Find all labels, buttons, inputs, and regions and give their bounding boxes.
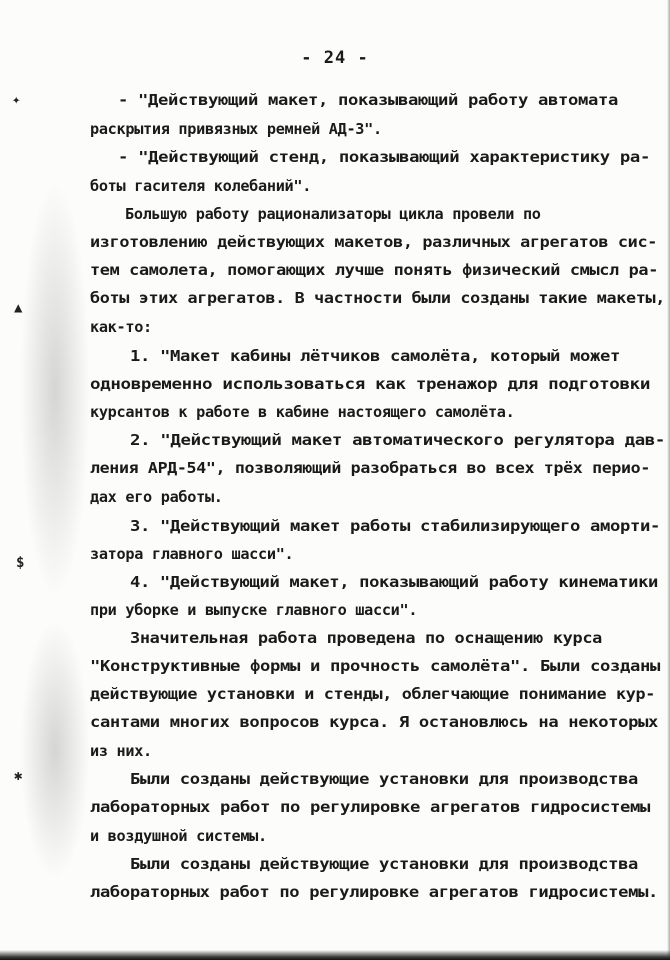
scanned-page: - 24 - - "Действующий макет, показывающи… <box>0 0 670 960</box>
text-line: 2. "Действующий макет автоматического ре… <box>130 431 665 449</box>
text-line: Большую работу рационализаторы цикла про… <box>125 205 541 223</box>
ink-blot-icon: $ <box>16 555 24 571</box>
page-number: - 24 - <box>0 48 670 68</box>
text-line: затора главного шасси". <box>90 545 293 563</box>
text-line: 4. "Действующий макет, показывающий рабо… <box>130 573 658 591</box>
text-line: боты гасителя колебаний". <box>90 177 311 195</box>
text-line: и воздушной системы. <box>90 827 267 845</box>
text-line: сантами многих вопросов курса. Я останов… <box>90 713 658 731</box>
text-line: при уборке и выпуске главного шасси". <box>90 601 417 619</box>
text-line: лабораторных работ по регулировке агрега… <box>90 883 658 901</box>
text-line: лабораторных работ по регулировке агрега… <box>90 798 650 816</box>
text-line: Были созданы действующие установки для п… <box>130 770 638 788</box>
ink-blot-icon: ✱ <box>14 768 22 784</box>
text-line: курсантов к работе в кабине настоящего с… <box>90 403 515 421</box>
text-line: изготовлению действующих макетов, различ… <box>90 233 657 251</box>
text-line: - "Действующий стенд, показывающий харак… <box>118 148 650 166</box>
scan-smudge <box>20 620 90 880</box>
ink-blot-icon: ✦ <box>12 92 20 108</box>
text-line: боты этих агрегатов. В частности были со… <box>90 289 665 307</box>
scan-smudge <box>20 180 90 600</box>
page-edge <box>0 950 670 960</box>
text-line: Были созданы действующие установки для п… <box>130 855 638 873</box>
text-line: Значительная работа проведена по оснащен… <box>130 629 602 647</box>
text-line: как-то: <box>90 318 152 336</box>
ink-blot-icon: ▲ <box>14 300 22 316</box>
text-line: ления АРД-54", позволяющий разобраться в… <box>90 459 650 477</box>
text-line: "Конструктивные формы и прочность самолё… <box>90 657 660 675</box>
text-line: действующие установки и стенды, облегчаю… <box>90 685 655 703</box>
text-line: дах его работы. <box>90 488 223 506</box>
text-line: тем самолета, помогающих лучше понять фи… <box>90 261 658 279</box>
text-line: 1. "Макет кабины лётчиков самолёта, кото… <box>130 347 620 365</box>
text-line: одновременно использоваться как тренажор… <box>90 375 650 393</box>
text-line: - "Действующий макет, показывающий работ… <box>118 91 618 109</box>
text-line: раскрытия привязных ремней АД-3". <box>90 120 382 138</box>
text-line: из них. <box>90 742 152 760</box>
text-line: 3. "Действующий макет работы стабилизиру… <box>130 517 660 535</box>
